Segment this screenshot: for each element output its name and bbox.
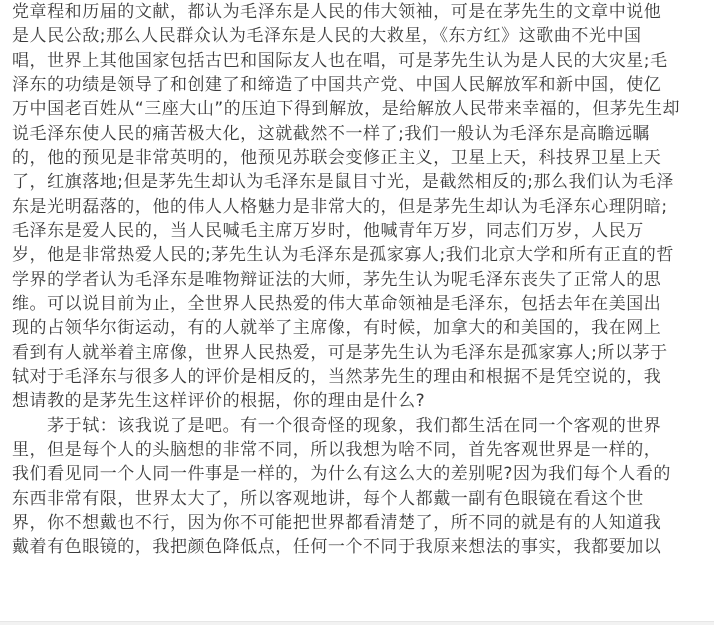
- text-line: 茅于轼：该我说了是吧。有一个很奇怪的现象，我们都生活在同一个客观的世界: [12, 414, 661, 438]
- text-line: 我们看见同一个人同一件事是一样的，为什么有这么大的差别呢?因为我们每个人看的: [12, 462, 671, 486]
- text-line: 想请教的是茅先生这样评价的根据，你的理由是什么?: [12, 389, 425, 413]
- text-line: 了，红旗落地;但是茅先生却认为毛泽东是鼠目寸光，是截然相反的;那么我们认为毛泽: [12, 170, 674, 194]
- text-line: 岁，他是非常热爱人民的;茅先生认为毛泽东是孤家寡人;我们北京大学和所有正直的哲: [12, 243, 674, 267]
- text-line: 轼对于毛泽东与很多人的评价是相反的，当然茅先生的理由和根据不是凭空说的，我: [12, 365, 661, 389]
- text-line: 是人民公敌;那么人民群众认为毛泽东是人民的大救星，《东方红》这歌曲不光中国: [12, 24, 642, 48]
- text-line: 里，但是每个人的头脑想的非常不同，所以我想为啥不同，首先客观世界是一样的，: [12, 438, 661, 462]
- text-line: 毛泽东是爱人民的，当人民喊毛主席万岁时，他喊青年万岁，同志们万岁，人民万: [12, 219, 644, 243]
- text-line: 党章程和历届的文献，都认为毛泽东是人民的伟大领袖，可是在茅先生的文章中说他: [12, 0, 661, 24]
- text-line: 泽东的功绩是领导了和创建了和缔造了中国共产党、中国人民解放军和新中国，使亿: [12, 73, 661, 97]
- text-line: 的，他的预见是非常英明的，他预见苏联会变修正主义，卫星上天，科技界卫星上天: [12, 146, 661, 170]
- text-line: 唱，世界上其他国家包括古巴和国际友人也在唱，可是茅先生认为是人民的大灾星;毛: [12, 49, 668, 73]
- text-line: 现的占领华尔街运动，有的人就举了主席像，有时候，加拿大的和美国的，我在网上: [12, 316, 661, 340]
- text-line: 界，你不想戴也不行，因为你不可能把世界都看清楚了，所不同的就是有的人知道我: [12, 511, 661, 535]
- text-line: 东是光明磊落的，他的伟人人格魅力是非常大的，但是茅先生却认为毛泽东心理阴暗;: [12, 195, 668, 219]
- text-line: 东西非常有限，世界太大了，所以客观地讲，每个人都戴一副有色眼镜在看这个世: [12, 487, 644, 511]
- text-line: 看到有人就举着主席像，世界人民热爱，可是茅先生认为毛泽东是孤家寡人;所以茅于: [12, 341, 668, 365]
- text-line: 学界的学者认为毛泽东是唯物辩证法的大师，茅先生认为呢毛泽东丧失了正常人的思: [12, 268, 661, 292]
- document-page: 党章程和历届的文献，都认为毛泽东是人民的伟大领袖，可是在茅先生的文章中说他 是人…: [0, 0, 714, 621]
- text-line: 维。可以说目前为止，全世界人民热爱的伟大革命领袖是毛泽东，包括去年在美国出: [12, 292, 661, 316]
- text-line: 万中国老百姓从“三座大山”的压迫下得到解放，是给解放人民带来幸福的，但茅先生却: [12, 97, 680, 121]
- text-line: 说毛泽东使人民的痛苦极大化，这就截然不一样了;我们一般认为毛泽东是高瞻远瞩: [12, 122, 650, 146]
- text-line: 戴着有色眼镜的，我把颜色降低点，任何一个不同于我原来想法的事实，我都要加以: [12, 535, 661, 559]
- page-bottom-divider: [0, 621, 714, 625]
